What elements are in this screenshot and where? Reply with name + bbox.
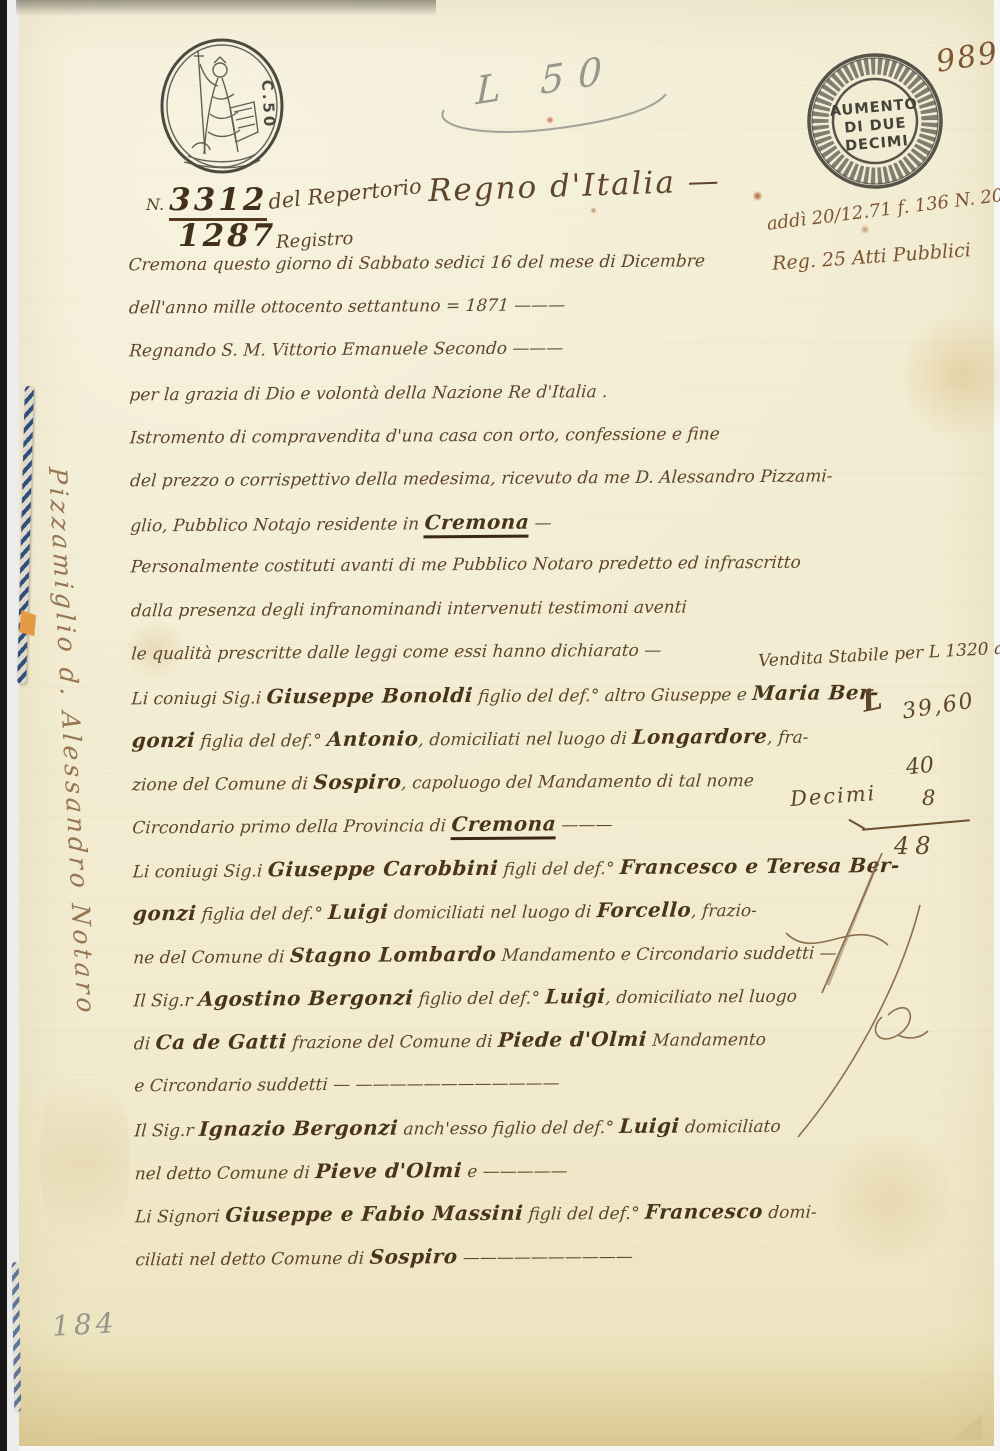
person-or-place-name: Stagno Lombardo bbox=[289, 942, 497, 967]
person-or-place-name: Giuseppe e Fabio Massini bbox=[225, 1201, 524, 1227]
manuscript-line: per la grazia di Dio e volontà della Naz… bbox=[128, 369, 811, 417]
person-or-place-name: Sospiro bbox=[369, 1244, 459, 1269]
manuscript-line: zione del Comune di Sospiro, capoluogo d… bbox=[131, 758, 814, 806]
manuscript-line: e Circondario suddetti — ———————————— bbox=[133, 1060, 816, 1108]
text-segment: figli del def.° bbox=[523, 1204, 646, 1225]
manuscript-line: di Ca de Gatti frazione del Comune di Pi… bbox=[133, 1017, 816, 1065]
text-segment: figlia del def.° bbox=[194, 731, 327, 752]
fee-pencil-note: L 50 bbox=[430, 50, 670, 150]
tax-amount-2: 40 bbox=[905, 753, 935, 781]
person-or-place-name: Luigi bbox=[327, 899, 389, 923]
text-segment: Regnando S. M. Vittorio Emanuele Secondo… bbox=[129, 339, 565, 362]
text-segment: Circondario primo della Provincia di bbox=[132, 817, 452, 839]
manuscript-line: gonzi figlia del def.° Luigi domiciliati… bbox=[132, 887, 815, 935]
repertorio-number: 3312 bbox=[169, 182, 267, 221]
manuscript-line: ciliati nel detto Comune di Sospiro ————… bbox=[134, 1233, 817, 1281]
manuscript-line: dalla presenza degli infranominandi inte… bbox=[130, 585, 813, 633]
person-or-place-name: Luigi bbox=[545, 984, 607, 1008]
repertorio-prefix: N. bbox=[146, 195, 164, 214]
ink-flourishes bbox=[770, 845, 1000, 1145]
person-or-place-name: Ignazio Bergonzi bbox=[198, 1115, 399, 1140]
text-segment: , fra- bbox=[767, 728, 809, 748]
manuscript-line: Cremona questo giorno di Sabbato sedici … bbox=[127, 240, 810, 288]
manuscript-line: le qualità prescritte dalle leggi come e… bbox=[130, 628, 813, 676]
corner-fold bbox=[952, 1414, 982, 1440]
manuscript-line: Personalmente costituti avanti di me Pub… bbox=[129, 542, 812, 590]
person-or-place-name: gonzi bbox=[132, 901, 197, 925]
manuscript-line: nel detto Comune di Pieve d'Olmi e ————— bbox=[134, 1147, 817, 1195]
repertorio-number-row: N. 3312 bbox=[146, 182, 267, 218]
text-segment: , capoluogo del Mandamento di tal nome bbox=[401, 771, 755, 793]
person-or-place-name: Agostino Bergonzi bbox=[197, 986, 414, 1012]
scan-margin-left bbox=[7, 0, 19, 1451]
text-segment: domiciliati nel luogo di bbox=[388, 902, 598, 923]
text-segment: Istromento di compravendita d'una casa c… bbox=[129, 424, 720, 448]
revenue-seal-c50: C.50 bbox=[158, 36, 290, 178]
text-segment: Li coniugi Sig.i bbox=[132, 861, 268, 882]
text-segment: per la grazia di Dio e volontà della Naz… bbox=[129, 382, 608, 405]
manuscript-line: Istromento di compravendita d'una casa c… bbox=[128, 412, 811, 460]
person-or-place-name: Giuseppe Bonoldi bbox=[266, 683, 474, 708]
text-segment: del prezzo o corrispettivo della medesim… bbox=[129, 466, 833, 491]
manuscript-line: Circondario primo della Provincia di Cre… bbox=[131, 801, 814, 849]
manuscript-line: Li coniugi Sig.i Giuseppe Bonoldi figlio… bbox=[130, 671, 813, 719]
text-segment: ——— bbox=[555, 815, 613, 835]
person-or-place-name: Sospiro bbox=[313, 770, 403, 795]
manuscript-line: Il Sig.r Ignazio Bergonzi anch'esso figl… bbox=[133, 1103, 816, 1151]
text-segment: Il Sig.r bbox=[133, 991, 199, 1011]
flourish-strokes-icon bbox=[770, 845, 1000, 1145]
person-or-place-name: Cremona bbox=[424, 510, 530, 539]
manuscript-line: glio, Pubblico Notajo residente in Cremo… bbox=[129, 499, 812, 547]
person-or-place-name: Ca de Gatti bbox=[155, 1030, 288, 1055]
text-segment: Il Sig.r bbox=[134, 1121, 200, 1141]
text-segment: di bbox=[133, 1035, 156, 1055]
person-or-place-name: Francesco bbox=[644, 1199, 764, 1224]
text-segment: , domiciliati nel luogo di bbox=[418, 729, 633, 751]
person-or-place-name: Longardore bbox=[632, 724, 769, 749]
person-or-place-name: Antonio bbox=[326, 726, 419, 751]
manuscript-line: Regnando S. M. Vittorio Emanuele Secondo… bbox=[128, 326, 811, 374]
text-segment: Li coniugi Sig.i bbox=[131, 688, 267, 709]
text-segment: ne del Comune di bbox=[133, 947, 291, 968]
text-segment: , domiciliato nel luogo bbox=[605, 987, 798, 1008]
text-segment: figli del def.° bbox=[498, 859, 621, 880]
text-segment: glio, Pubblico Notajo residente in bbox=[130, 514, 426, 536]
text-segment: figlio del def.° bbox=[413, 989, 546, 1010]
text-segment: domiciliato bbox=[679, 1117, 781, 1138]
text-segment: le qualità prescritte dalle leggi come e… bbox=[131, 640, 662, 664]
pencil-swoosh-icon bbox=[430, 50, 670, 150]
person-or-place-name: Pieve d'Olmi bbox=[315, 1158, 463, 1183]
manuscript-line: Il Sig.r Agostino Bergonzi figlio del de… bbox=[132, 974, 815, 1022]
text-segment: Li Signori bbox=[134, 1207, 226, 1228]
italia-seal-figure-icon: C.50 bbox=[158, 36, 290, 178]
person-or-place-name: Giuseppe Carobbini bbox=[267, 855, 499, 881]
text-segment: dalla presenza degli infranominandi inte… bbox=[130, 597, 687, 621]
person-or-place-name: Piede d'Olmi bbox=[497, 1027, 647, 1052]
scan-shadow-top bbox=[16, 0, 436, 16]
text-segment: nel detto Comune di bbox=[134, 1163, 316, 1184]
text-segment: domi- bbox=[762, 1203, 817, 1223]
person-or-place-name: Forcello bbox=[596, 897, 692, 922]
text-segment: figlio del def.° altro Giuseppe e bbox=[472, 685, 753, 707]
manuscript-line: Li coniugi Sig.i Giuseppe Carobbini figl… bbox=[131, 844, 814, 892]
manuscript-line: del prezzo o corrispettivo della medesim… bbox=[129, 456, 812, 504]
person-or-place-name: gonzi bbox=[131, 728, 196, 752]
text-segment: Mandamento bbox=[646, 1030, 766, 1051]
text-segment: zione del Comune di bbox=[131, 774, 314, 795]
manuscript-line: ne del Comune di Stagno Lombardo Mandame… bbox=[132, 931, 815, 979]
text-segment: Cremona questo giorno di Sabbato sedici … bbox=[128, 251, 706, 275]
scanned-notarial-document: { "page": { "folio_number": "989", "arch… bbox=[0, 0, 1000, 1451]
aumento-stamp-icon: AUMENTO DI DUE DECIMI bbox=[798, 44, 952, 198]
text-segment: dell'anno mille ottocento settantuno = 1… bbox=[128, 296, 566, 319]
text-segment: figlia del def.° bbox=[196, 904, 329, 925]
manuscript-line: gonzi figlia del def.° Antonio, domicili… bbox=[130, 715, 813, 763]
text-segment: frazione del Comune di bbox=[286, 1032, 498, 1053]
body-text: Cremona questo giorno di Sabbato sedici … bbox=[128, 240, 815, 1281]
text-segment: , frazio- bbox=[691, 901, 758, 921]
text-segment: — bbox=[529, 514, 553, 534]
archive-number-pencil: 184 bbox=[51, 1306, 118, 1342]
manuscript-line: dell'anno mille ottocento settantuno = 1… bbox=[127, 283, 810, 331]
text-segment: —————————— bbox=[457, 1247, 634, 1268]
scan-edge-left bbox=[0, 0, 7, 1451]
text-segment: anch'esso figlio del def.° bbox=[397, 1118, 619, 1140]
text-segment: ciliati nel detto Comune di bbox=[135, 1249, 370, 1271]
svg-text:C.50: C.50 bbox=[258, 79, 279, 129]
person-or-place-name: Luigi bbox=[619, 1113, 681, 1137]
text-segment: Personalmente costituti avanti di me Pub… bbox=[130, 553, 801, 578]
text-segment: e Circondario suddetti — ———————————— bbox=[134, 1073, 561, 1096]
decimi-value: 8 bbox=[922, 786, 935, 810]
manuscript-line: Li Signori Giuseppe e Fabio Massini figl… bbox=[134, 1190, 817, 1238]
text-segment: e ————— bbox=[461, 1161, 568, 1182]
person-or-place-name: Cremona bbox=[451, 812, 557, 841]
aumento-due-decimi-stamp: AUMENTO DI DUE DECIMI bbox=[798, 44, 952, 198]
